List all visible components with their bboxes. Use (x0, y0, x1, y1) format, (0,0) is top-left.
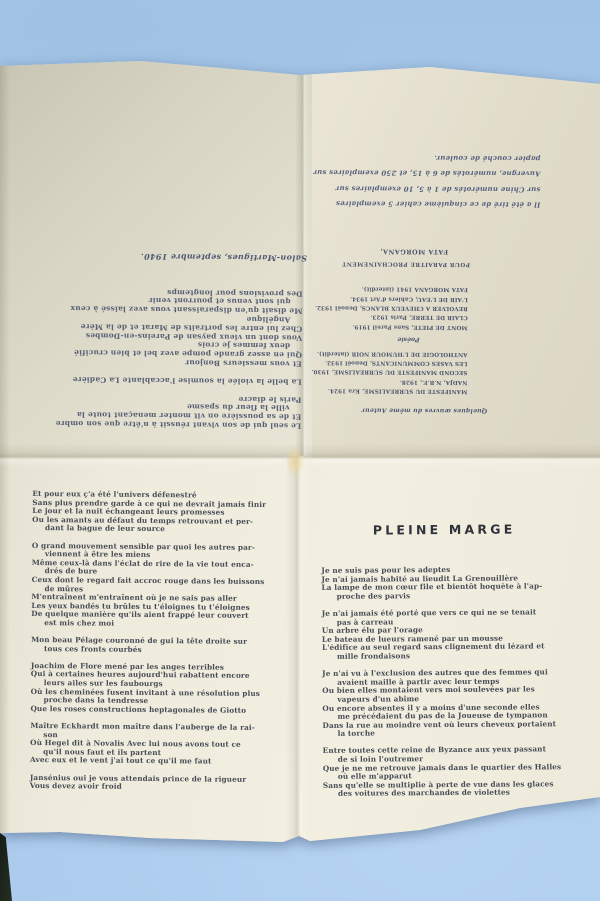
justification-line: Il a été tiré de ce cinquième cahier 5 e… (326, 196, 540, 213)
page-top-left-upside-down: Le seul qui de son vivant réussit à n'êt… (0, 62, 310, 455)
poesie-list: MONT DE PIETE, Sans Pareil 1919.CLAIR DE… (307, 283, 600, 331)
poem-line: mille frondaisons (322, 651, 600, 662)
justification-line: Auvergne, numérotés de 6 à 15, et 250 ex… (326, 165, 540, 182)
poem-title: PLEINE MARGE (299, 521, 589, 538)
work-entry: CLAIR DE TERRE, Paris 1923. (307, 311, 468, 321)
poem-line: Que les roses constructions heptagonales… (30, 705, 299, 716)
work-entry: L'AIR DE L'EAU, Cahiers d'Art 1934. (307, 293, 468, 303)
work-entry: SECOND MANIFESTE DU SURREALISME, 1930. (306, 366, 467, 376)
photo-background: Le seul qui de son vivant réussit à n'êt… (0, 0, 600, 901)
poem-end-block: Le seul qui de son vivant réussit à n'êt… (0, 285, 303, 429)
poem-line: des voitures des marchandes de violettes (323, 788, 600, 799)
poem-line: La belle la violée la soumise l'accablan… (0, 373, 302, 385)
work-entry: MANIFESTE DU SURREALISME, Kra 1924. (306, 385, 467, 395)
works-list: MANIFESTE DU SURREALISME, Kra 1924.NADJA… (306, 348, 599, 396)
justification-line: sur Chine numérotés de 1 à 5, 10 exempla… (326, 180, 540, 197)
poem-start-block: Je ne suis pas pour les adeptesJe n'ai j… (299, 565, 600, 799)
work-entry: NADJA, N.R.F., 1928. (306, 376, 467, 386)
justification-line: papier couché de couleur. (327, 149, 541, 166)
poem-date-signature: Salon-Martigues, septembre 1940. (0, 250, 307, 263)
poem-line: Avec eux et le vent j'ai tout ce qu'il m… (30, 756, 299, 767)
work-entry: MONT DE PIETE, Sans Pareil 1919. (307, 320, 468, 330)
poem-line: proche des parvis (322, 591, 600, 602)
work-entry: ANTHOLOGIE DE L'HUMOUR NOIR (interdit). (307, 348, 468, 358)
poem-line: est mis chez moi (31, 619, 300, 630)
poem-middle-block: Et pour eux ç'a été l'univers défenestré… (30, 490, 302, 793)
poem-line: dant la bague de leur source (32, 524, 301, 535)
poesie-heading: Poésie (307, 335, 420, 343)
print-justification-block: Il a été tiré de ce cinquième cahier 5 e… (326, 149, 540, 212)
page-bottom-right-title-page: PLEINE MARGE Je ne suis pas pour les ade… (299, 457, 600, 851)
work-entry: FATA MORGANA 1941 (interdit). (307, 283, 468, 293)
forthcoming-heading: POUR PARAITRE PROCHAINEMENT (307, 260, 470, 267)
unfolded-paper-sheet: Le seul qui de son vivant réussit à n'êt… (0, 60, 600, 850)
page-top-right-upside-down-colophon: Quelques œuvres du même Auteur MANIFESTE… (306, 67, 600, 459)
poem-line: tous ces fronts courbés (31, 645, 300, 656)
poem-line: la torche (323, 728, 600, 739)
forthcoming-title: FATA MORGANA, (307, 247, 448, 256)
poem-line: Vous devez avoir froid (30, 782, 299, 793)
unfolded-sheet-wrap: Le seul qui de son vivant réussit à n'êt… (0, 0, 600, 901)
work-entry: LES VASES COMMUNICANTS, Denoël 1932. (306, 357, 467, 367)
work-entry: REVOLVER A CHEVEUX BLANCS, Denoël 1932. (307, 302, 468, 312)
page-bottom-left-poem-middle: Et pour eux ç'a été l'univers défenestré… (0, 457, 302, 848)
works-heading: Quelques œuvres du même Auteur (306, 406, 487, 414)
